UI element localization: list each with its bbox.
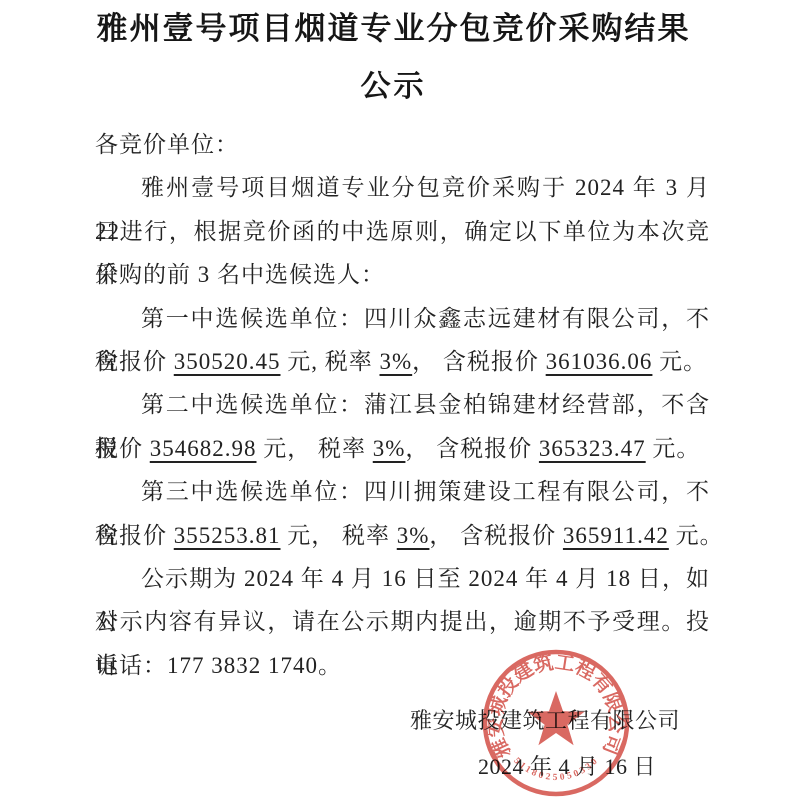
document-title-line2: 公示 — [0, 66, 787, 108]
candidate-2-price-excl-tax: 354682.98 — [150, 436, 257, 461]
body-line-intro-1: 雅州壹号项目烟道专业分包竞价采购于 2024 年 3 月 22 — [95, 166, 710, 209]
candidate-3-name-line: 第三中选候选单位：四川拥策建设工程有限公司，不含 — [95, 470, 710, 513]
document-title-line1: 雅州壹号项目烟道专业分包竞价采购结果 — [0, 8, 787, 50]
candidate-1-price-incl-tax: 361036.06 — [546, 349, 653, 374]
candidate-2-name-line: 第二中选候选单位：蒲江县金柏锦建材经营部，不含税 — [95, 383, 710, 426]
candidate-2-price-incl-tax: 365323.47 — [539, 436, 646, 461]
body-line-intro-2: 日进行，根据竞价函的中选原则，确定以下单位为本次竞价 — [95, 210, 710, 253]
candidate-3-price-excl-tax: 355253.81 — [174, 523, 281, 548]
notice-line-2: 公示内容有异议，请在公示期内提出，逾期不予受理。投诉 — [95, 600, 710, 643]
candidate-3-price-label-3: ， 含税报价 — [429, 523, 563, 548]
notice-line-1: 公示期为 2024 年 4 月 16 日至 2024 年 4 月 18 日，如对 — [95, 557, 710, 600]
candidate-1-price-label-2: 元, 税率 — [281, 349, 380, 374]
candidate-2-price-label-4: 元。 — [646, 436, 701, 461]
complaint-phone-line: 电话：177 3832 1740。 — [95, 644, 710, 687]
candidate-3-price-label-1: 税报价 — [95, 523, 174, 548]
candidate-3-tax-rate: 3% — [397, 523, 430, 548]
candidate-2-tax-rate: 3% — [373, 436, 406, 461]
announcement-document: 雅州壹号项目烟道专业分包竞价采购结果 公示 各竞价单位： 雅州壹号项目烟道专业分… — [0, 0, 787, 809]
candidate-3-price-line: 税报价 355253.81 元， 税率 3%， 含税报价 365911.42 元… — [95, 514, 710, 557]
candidate-1-price-excl-tax: 350520.45 — [174, 349, 281, 374]
candidate-3-price-incl-tax: 365911.42 — [563, 523, 669, 548]
candidate-1-price-line: 税报价 350520.45 元, 税率 3%， 含税报价 361036.06 元… — [95, 340, 710, 383]
signature-date: 2024 年 4 月 16 日 — [478, 752, 656, 782]
candidate-1-tax-rate: 3% — [380, 349, 413, 374]
signature-company: 雅安城投建筑工程有限公司 — [410, 706, 680, 736]
candidate-2-price-label-2: 元， 税率 — [257, 436, 373, 461]
candidate-1-name-line: 第一中选候选单位：四川众鑫志远建材有限公司，不含 — [95, 297, 710, 340]
candidate-3-price-label-4: 元。 — [669, 523, 724, 548]
body-line-intro-3: 采购的前 3 名中选候选人： — [95, 253, 710, 296]
candidate-2-price-label-3: ， 含税报价 — [405, 436, 539, 461]
candidate-1-price-label-3: ， 含税报价 — [412, 349, 546, 374]
candidate-3-price-label-2: 元， 税率 — [281, 523, 397, 548]
candidate-1-price-label-4: 元。 — [652, 349, 707, 374]
candidate-2-price-label-1: 报价 — [95, 436, 150, 461]
candidate-1-price-label-1: 税报价 — [95, 349, 174, 374]
document-body: 各竞价单位： 雅州壹号项目烟道专业分包竞价采购于 2024 年 3 月 22 日… — [95, 123, 710, 687]
salutation: 各竞价单位： — [95, 123, 710, 166]
candidate-2-price-line: 报价 354682.98 元， 税率 3%， 含税报价 365323.47 元。 — [95, 427, 710, 470]
